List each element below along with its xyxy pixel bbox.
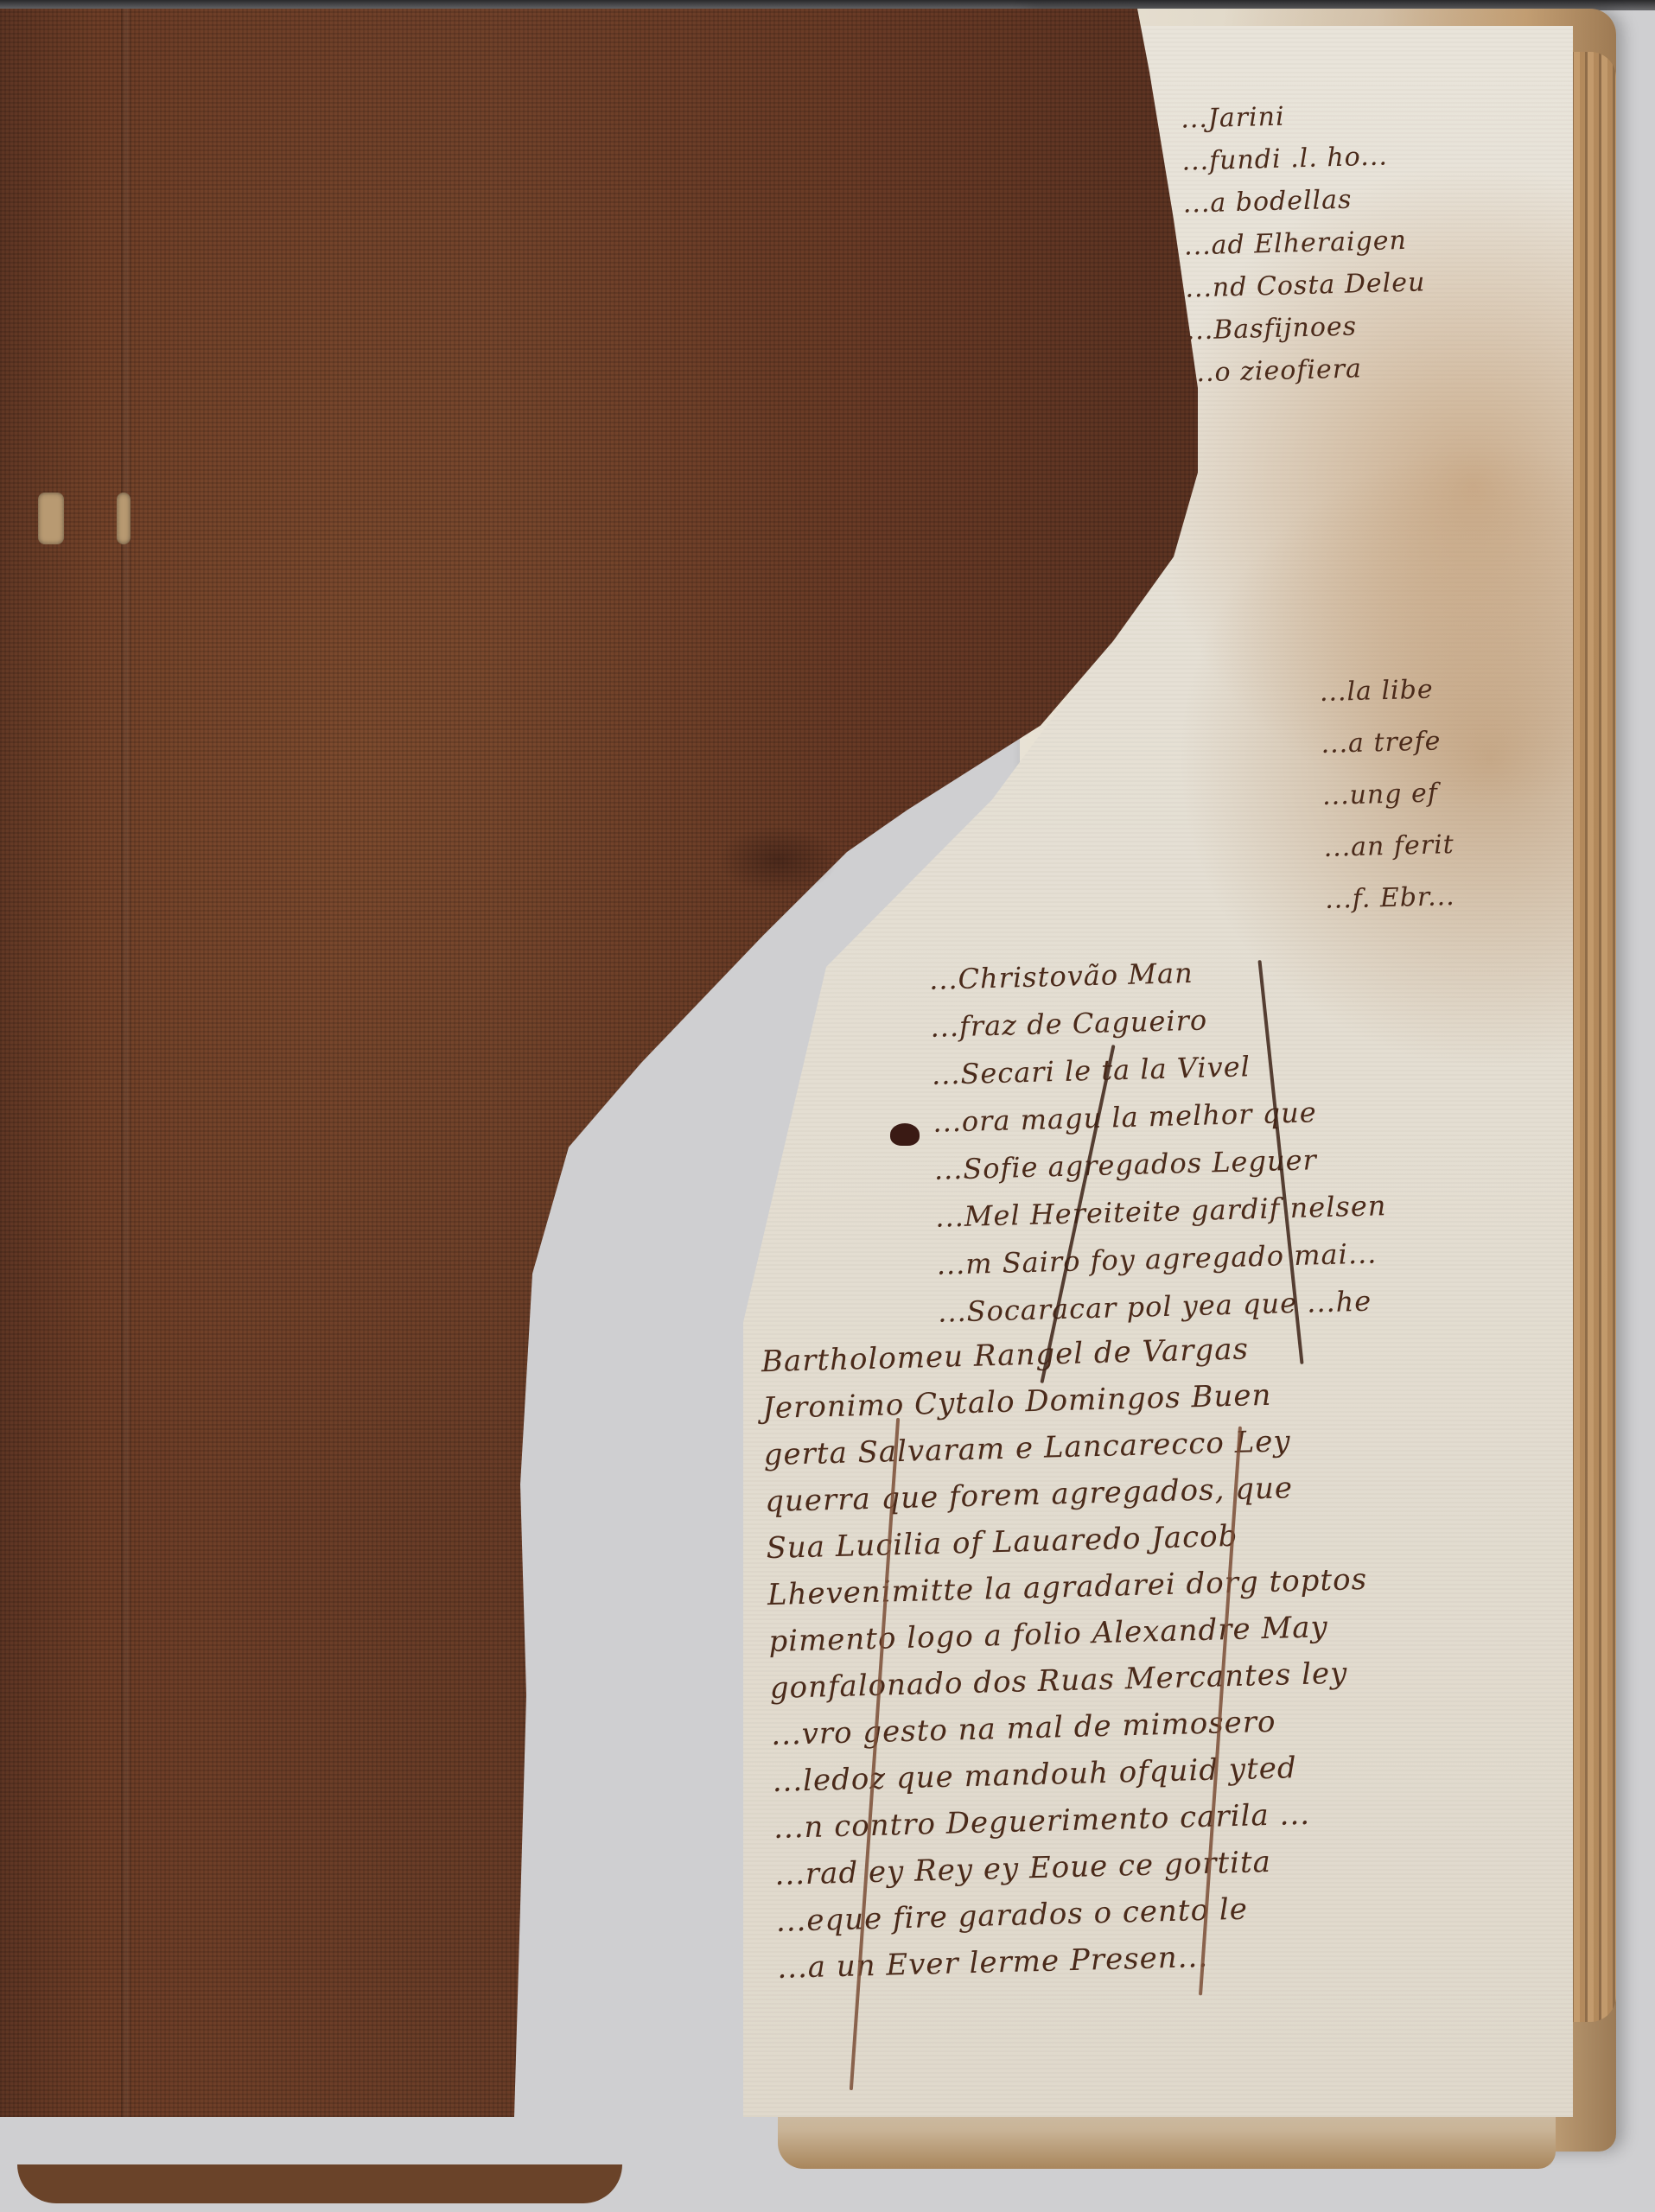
- cover-bottom-flap: [17, 2164, 622, 2203]
- handwriting-line: ...an ferit: [1323, 819, 1455, 874]
- handwriting-middle-fragment: ...la libe ...a trefe ...ung ef ...an fe…: [1319, 664, 1456, 926]
- handwriting-line: ...o zieofiera: [1187, 346, 1428, 394]
- handwriting-line: ...f. Ebr...: [1324, 871, 1456, 926]
- binding-hole: [117, 493, 130, 544]
- cover-worn-mark: [717, 825, 838, 894]
- handwriting-lower-fragment: ...Christovão Man ...fraz de Cagueiro ..…: [928, 944, 1390, 1337]
- binding-hole: [38, 493, 64, 544]
- handwriting-line: ...ad Elheraigen: [1183, 219, 1424, 267]
- handwriting-bottom-fragment: Bartholomeu Rangel de Vargas Jeronimo Cy…: [761, 1323, 1378, 1992]
- handwriting-line: ...a bodellas: [1182, 176, 1423, 225]
- handwriting-line: ...fundi .l. ho...: [1181, 134, 1423, 182]
- handwriting-line: ...ung ef: [1321, 767, 1454, 823]
- manuscript-photo: ...Jarini ...fundi .l. ho... ...a bodell…: [0, 0, 1655, 2212]
- spine-hinge: [121, 9, 131, 2117]
- handwriting-line: ...a trefe: [1321, 715, 1453, 771]
- handwriting-line: ...la libe: [1319, 664, 1451, 719]
- handwriting-line: ...nd Costa Deleu: [1185, 261, 1426, 309]
- handwriting-line: ...Jarini: [1181, 92, 1422, 140]
- handwriting-top-fragment: ...Jarini ...fundi .l. ho... ...a bodell…: [1181, 92, 1429, 394]
- ink-blot: [890, 1123, 920, 1146]
- handwriting-line: ...Basfijnoes: [1186, 303, 1427, 352]
